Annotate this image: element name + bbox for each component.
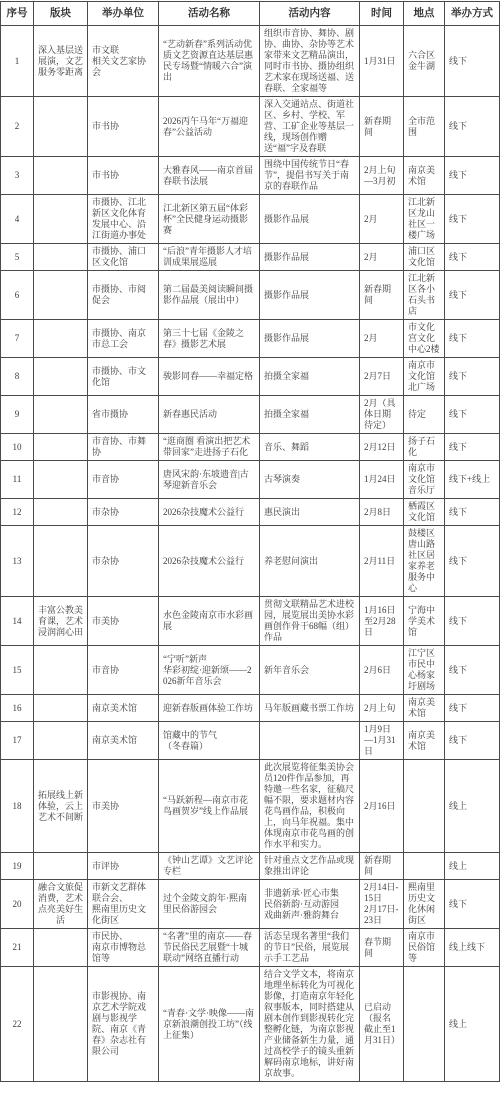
cell-no: 6 [1, 271, 34, 320]
cell-time: 2月8日 [360, 499, 404, 526]
cell-mode: 线下 [445, 597, 500, 646]
table-row: 4市摄协、江北新区文化体育发展中心、沿江街道办事处江北新区第五届“体彩杯”全民健… [1, 195, 500, 244]
cell-organizer: 市摄协、浦口区文化馆 [88, 244, 159, 271]
cell-no: 20 [1, 880, 34, 929]
cell-mode: 线上 [445, 760, 500, 853]
table-row: 21市民协、 南京市博物总馆等“名著”里的南京——春节民俗民艺展暨“十城联动”网… [1, 929, 500, 967]
cell-organizer: 市杂协 [88, 499, 159, 526]
cell-time: 1月24日 [360, 461, 404, 499]
cell-no: 7 [1, 320, 34, 358]
cell-organizer: 市美协 [88, 597, 159, 646]
cell-section: 深入基层送展演，文艺服务零距离 [34, 26, 88, 97]
column-header-no: 序号 [1, 2, 34, 26]
cell-mode: 线下 [445, 358, 500, 396]
cell-no: 12 [1, 499, 34, 526]
cell-time: 2月7日 [360, 358, 404, 396]
cell-time: 2月6日 [360, 646, 404, 695]
cell-no: 2 [1, 97, 34, 157]
cell-mode: 线下 [445, 26, 500, 97]
cell-mode: 线下 [445, 244, 500, 271]
cell-no: 21 [1, 929, 34, 967]
cell-mode: 线上 [445, 853, 500, 880]
cell-name: “逛商圈 看演出把艺术带回家”走进扬子石化 [159, 434, 260, 461]
cell-organizer: 市文联 相关文艺家协会 [88, 26, 159, 97]
cell-organizer: 南京美术馆 [88, 722, 159, 760]
cell-place: 浦口区文化馆 [404, 244, 445, 271]
column-header-time: 时间 [360, 2, 404, 26]
cell-no: 11 [1, 461, 34, 499]
cell-section: 拓展线上新体验，云上艺术不间断 [34, 760, 88, 853]
table-row: 17南京美术馆馆藏中的节气 （冬春篇）1月9日—1月31日南京美术馆线下 [1, 722, 500, 760]
cell-no: 17 [1, 722, 34, 760]
cell-section [34, 320, 88, 358]
table-row: 6市摄协、市阅促会第二届最美阅读瞬间摄影作品展（展出中）摄影作品展新春期间江北新… [1, 271, 500, 320]
cell-no: 4 [1, 195, 34, 244]
cell-section [34, 853, 88, 880]
cell-mode: 线下 [445, 526, 500, 597]
cell-no: 8 [1, 358, 34, 396]
cell-mode: 线下 [445, 97, 500, 157]
cell-place: 江北新区龙山社区一楼广场 [404, 195, 445, 244]
cell-place: 南京美术馆 [404, 695, 445, 722]
cell-name: 江北新区第五届“体彩杯”全民健身运动摄影赛 [159, 195, 260, 244]
table-row: 14丰富公教美育课，艺术浸润润心田市美协水色金陵南京市水彩画展贯彻文联精品艺术进… [1, 597, 500, 646]
cell-place: 熙南里历史文化休闲街区 [404, 880, 445, 929]
cell-organizer: 市美协 [88, 760, 159, 853]
cell-section [34, 526, 88, 597]
cell-place: 鼓楼区唐山路社区居家养老服务中心 [404, 526, 445, 597]
table-row: 7市摄协、南京市总工会第三十七届《金陵之春》摄影艺术展摄影作品展2月市文化宫文化… [1, 320, 500, 358]
cell-name: 大雅春风——南京首届春联书法展 [159, 157, 260, 195]
cell-organizer: 市摄协、市阅促会 [88, 271, 159, 320]
cell-no: 13 [1, 526, 34, 597]
cell-organizer: 市摄协、市文化馆 [88, 358, 159, 396]
table-header-row: 序号版块举办单位活动名称活动内容时间地点举办方式 [1, 2, 500, 26]
cell-time: 新春期间 [360, 271, 404, 320]
cell-organizer: 市书协 [88, 97, 159, 157]
cell-time: 1月16日至2月28日 [360, 597, 404, 646]
activities-table: 序号版块举办单位活动名称活动内容时间地点举办方式 1深入基层送展演，文艺服务零距… [0, 1, 500, 1082]
cell-content: 围绕中国传统节日“春节”，提倡书写关于南京的春联作品 [260, 157, 360, 195]
cell-time: 新春期间 [360, 853, 404, 880]
cell-name: 2026杂技魔术公益行 [159, 526, 260, 597]
cell-name: 新春惠民活动 [159, 396, 260, 434]
cell-content: 活态呈现名著里“我们的节日”民俗，展览展示手工艺品 [260, 929, 360, 967]
document-page: 序号版块举办单位活动名称活动内容时间地点举办方式 1深入基层送展演，文艺服务零距… [0, 0, 500, 1105]
cell-place: 宁海中学美术馆 [404, 597, 445, 646]
column-header-name: 活动名称 [159, 2, 260, 26]
cell-place: 全市范围 [404, 97, 445, 157]
cell-content: 贯彻文联精品艺术进校园，展览展出美协水彩画创作骨干68幅（组）作品 [260, 597, 360, 646]
cell-time: 2月 [360, 195, 404, 244]
cell-no: 10 [1, 434, 34, 461]
cell-content: 拍摄全家福 [260, 358, 360, 396]
cell-section [34, 967, 88, 1082]
cell-section: 丰富公教美育课，艺术浸润润心田 [34, 597, 88, 646]
cell-place [404, 853, 445, 880]
cell-organizer: 市音协 [88, 646, 159, 695]
cell-name: 水色金陵南京市水彩画展 [159, 597, 260, 646]
cell-place: 南京美术馆 [404, 157, 445, 195]
cell-no: 16 [1, 695, 34, 722]
cell-place: 南京市民俗馆等 [404, 929, 445, 967]
cell-mode: 线下 [445, 157, 500, 195]
cell-mode: 线下 [445, 646, 500, 695]
cell-time: 已启动 （报名截止至1月31日） [360, 967, 404, 1082]
cell-organizer: 市摄协、南京市总工会 [88, 320, 159, 358]
cell-organizer: 市新文艺群体联合会、 熙南里历史文化街区 [88, 880, 159, 929]
cell-content [260, 722, 360, 760]
cell-content: 养老慰问演出 [260, 526, 360, 597]
cell-place [404, 760, 445, 853]
cell-name: 《钟山艺谭》文艺评论专栏 [159, 853, 260, 880]
cell-time: 2月（具体日期待定） [360, 396, 404, 434]
cell-name: “后浪”青年摄影人才培训成果展巡展 [159, 244, 260, 271]
cell-section [34, 695, 88, 722]
cell-organizer: 市音协、市舞协 [88, 434, 159, 461]
cell-place: 市文化宫文化中心2楼 [404, 320, 445, 358]
cell-mode: 线下 [445, 880, 500, 929]
cell-content: 拍摄全家福 [260, 396, 360, 434]
cell-place: 六合区金牛湖 [404, 26, 445, 97]
cell-place: 待定 [404, 396, 445, 434]
cell-name: 过个金陵文韵年·熙南里民俗游园会 [159, 880, 260, 929]
cell-content: 古琴演奏 [260, 461, 360, 499]
table-row: 20融合文旅促消费，艺术点亮美好生活市新文艺群体联合会、 熙南里历史文化街区过个… [1, 880, 500, 929]
cell-organizer: 市民协、 南京市博物总馆等 [88, 929, 159, 967]
cell-section [34, 244, 88, 271]
table-row: 8市摄协、市文化馆骏影同春——幸福定格拍摄全家福2月7日南京市文化馆北广场线下 [1, 358, 500, 396]
cell-organizer: 市音协 [88, 461, 159, 499]
cell-organizer: 南京美术馆 [88, 695, 159, 722]
cell-no: 1 [1, 26, 34, 97]
cell-place: 扬子石化 [404, 434, 445, 461]
cell-name: 唐风宋韵·东坡遗音|古琴迎新音乐会 [159, 461, 260, 499]
column-header-mode: 举办方式 [445, 2, 500, 26]
cell-section [34, 646, 88, 695]
cell-name: 迎新春版画体验工作坊 [159, 695, 260, 722]
cell-section [34, 396, 88, 434]
cell-no: 19 [1, 853, 34, 880]
cell-mode: 线下 [445, 320, 500, 358]
cell-content: 深入交通站点、街道社区、乡村、学校、军营、工矿企业等基层一线，现场创作赠送“福”… [260, 97, 360, 157]
column-header-place: 地点 [404, 2, 445, 26]
cell-no: 3 [1, 157, 34, 195]
cell-content: 马年版画藏书票工作坊 [260, 695, 360, 722]
cell-content: 音乐、舞蹈 [260, 434, 360, 461]
column-header-content: 活动内容 [260, 2, 360, 26]
table-row: 12市杂协2026杂技魔术公益行惠民演出2月8日栖霞区文化馆线下 [1, 499, 500, 526]
cell-content: 摄影作品展 [260, 271, 360, 320]
cell-mode: 线下+线上 [445, 461, 500, 499]
cell-content: 惠民演出 [260, 499, 360, 526]
cell-organizer: 省市摄协 [88, 396, 159, 434]
cell-content: 新年音乐会 [260, 646, 360, 695]
cell-no: 18 [1, 760, 34, 853]
cell-content: 针对重点文艺作品或现象推出评论 [260, 853, 360, 880]
table-row: 9省市摄协新春惠民活动拍摄全家福2月（具体日期待定）待定线下 [1, 396, 500, 434]
table-row: 11市音协唐风宋韵·东坡遗音|古琴迎新音乐会古琴演奏1月24日南京市文化馆音乐厅… [1, 461, 500, 499]
cell-organizer: 市评协 [88, 853, 159, 880]
cell-mode: 线下 [445, 195, 500, 244]
cell-no: 15 [1, 646, 34, 695]
cell-section: 融合文旅促消费，艺术点亮美好生活 [34, 880, 88, 929]
cell-time: 2月14日-15日 2月17日-23日 [360, 880, 404, 929]
cell-time: 1月31日 [360, 26, 404, 97]
cell-name: 第二届最美阅读瞬间摄影作品展（展出中） [159, 271, 260, 320]
cell-time: 春节期间 [360, 929, 404, 967]
cell-section [34, 434, 88, 461]
table-row: 13市杂协2026杂技魔术公益行养老慰问演出2月11日鼓楼区唐山路社区居家养老服… [1, 526, 500, 597]
cell-content: 非遗新承·匠心市集 民俗新韵·互动游园 戏曲新声·雅韵舞台 [260, 880, 360, 929]
table-row: 1深入基层送展演，文艺服务零距离市文联 相关文艺家协会“艺动新春”系列活动优质文… [1, 26, 500, 97]
cell-mode: 线下 [445, 396, 500, 434]
cell-section [34, 195, 88, 244]
table-row: 5市摄协、浦口区文化馆“后浪”青年摄影人才培训成果展巡展摄影作品展2月浦口区文化… [1, 244, 500, 271]
cell-section [34, 499, 88, 526]
cell-section [34, 722, 88, 760]
cell-section [34, 97, 88, 157]
cell-mode: 线下 [445, 722, 500, 760]
cell-name: 2026杂技魔术公益行 [159, 499, 260, 526]
cell-name: “宁听”新声 华彩初绽·迎新颂——2026新年音乐会 [159, 646, 260, 695]
cell-content: 组织市音协、舞协、剧协、曲协、杂协等艺术家带来文艺精品演出，同时市书协、摄协组织… [260, 26, 360, 97]
cell-place: 南京美术馆 [404, 722, 445, 760]
table-row: 3市书协大雅春风——南京首届春联书法展围绕中国传统节日“春节”，提倡书写关于南京… [1, 157, 500, 195]
cell-place: 江宁区市民中心杨家圩剧场 [404, 646, 445, 695]
cell-mode: 线上 [445, 967, 500, 1082]
cell-name: 骏影同春——幸福定格 [159, 358, 260, 396]
cell-time: 2月 [360, 244, 404, 271]
cell-no: 5 [1, 244, 34, 271]
cell-time: 2月16日 [360, 760, 404, 853]
column-header-section: 版块 [34, 2, 88, 26]
cell-no: 9 [1, 396, 34, 434]
cell-time: 2月 [360, 320, 404, 358]
cell-content: 摄影作品展 [260, 320, 360, 358]
cell-place: 南京市文化馆北广场 [404, 358, 445, 396]
cell-mode: 线下 [445, 434, 500, 461]
cell-section [34, 461, 88, 499]
table-row: 22市影视协、南京艺术学院戏剧与影视学院、南京《青春》杂志社有限公司“青春·文学… [1, 967, 500, 1082]
cell-name: 2026丙午马年“万福迎春”公益活动 [159, 97, 260, 157]
cell-organizer: 市杂协 [88, 526, 159, 597]
cell-organizer: 市影视协、南京艺术学院戏剧与影视学院、南京《青春》杂志社有限公司 [88, 967, 159, 1082]
cell-mode: 线下 [445, 271, 500, 320]
cell-name: 馆藏中的节气 （冬春篇） [159, 722, 260, 760]
cell-time: 2月上旬—3月初 [360, 157, 404, 195]
cell-place: 栖霞区文化馆 [404, 499, 445, 526]
table-row: 18拓展线上新体验，云上艺术不间断市美协“马跃新程—南京市花鸟画贺岁”线上作品展… [1, 760, 500, 853]
cell-content: 摄影作品展 [260, 244, 360, 271]
cell-content: 此次展览将征集美协会员120件作品参加，再特邀一些名家，征稿尺幅不限，要求题材内… [260, 760, 360, 853]
cell-mode: 线下 [445, 695, 500, 722]
cell-section [34, 358, 88, 396]
cell-time: 1月9日—1月31日 [360, 722, 404, 760]
cell-name: 第三十七届《金陵之春》摄影艺术展 [159, 320, 260, 358]
cell-organizer: 市摄协、江北新区文化体育发展中心、沿江街道办事处 [88, 195, 159, 244]
cell-section [34, 157, 88, 195]
cell-time: 2月12日 [360, 434, 404, 461]
table-row: 2市书协2026丙午马年“万福迎春”公益活动深入交通站点、街道社区、乡村、学校、… [1, 97, 500, 157]
table-row: 10市音协、市舞协“逛商圈 看演出把艺术带回家”走进扬子石化音乐、舞蹈2月12日… [1, 434, 500, 461]
cell-name: “名著”里的南京——春节民俗民艺展暨“十城联动”网络直播行动 [159, 929, 260, 967]
table-row: 15市音协“宁听”新声 华彩初绽·迎新颂——2026新年音乐会新年音乐会2月6日… [1, 646, 500, 695]
cell-mode: 线上线下 [445, 929, 500, 967]
cell-place [404, 967, 445, 1082]
cell-place: 南京市文化馆音乐厅 [404, 461, 445, 499]
cell-time: 新春期间 [360, 97, 404, 157]
table-row: 16南京美术馆迎新春版画体验工作坊马年版画藏书票工作坊2月上旬南京美术馆线下 [1, 695, 500, 722]
cell-mode: 线下 [445, 499, 500, 526]
cell-name: “艺动新春”系列活动优质文艺资源直达基层惠民专场暨“情暖六合”演出 [159, 26, 260, 97]
column-header-organizer: 举办单位 [88, 2, 159, 26]
cell-name: “青春·文学·映像——南京新浪潮创投工坊”（线上征集） [159, 967, 260, 1082]
cell-organizer: 市书协 [88, 157, 159, 195]
cell-section [34, 929, 88, 967]
cell-time: 2月11日 [360, 526, 404, 597]
cell-no: 22 [1, 967, 34, 1082]
cell-time: 2月上旬 [360, 695, 404, 722]
table-row: 19市评协《钟山艺谭》文艺评论专栏针对重点文艺作品或现象推出评论新春期间线上 [1, 853, 500, 880]
cell-content: 摄影作品展 [260, 195, 360, 244]
cell-name: “马跃新程—南京市花鸟画贺岁”线上作品展 [159, 760, 260, 853]
cell-section [34, 271, 88, 320]
cell-place: 江北新区各小石头书店 [404, 271, 445, 320]
cell-no: 14 [1, 597, 34, 646]
cell-content: 结合文学文本，将南京地理坐标转化为可视化影像，打造南京年轻化叙事版本，同时搭建从… [260, 967, 360, 1082]
